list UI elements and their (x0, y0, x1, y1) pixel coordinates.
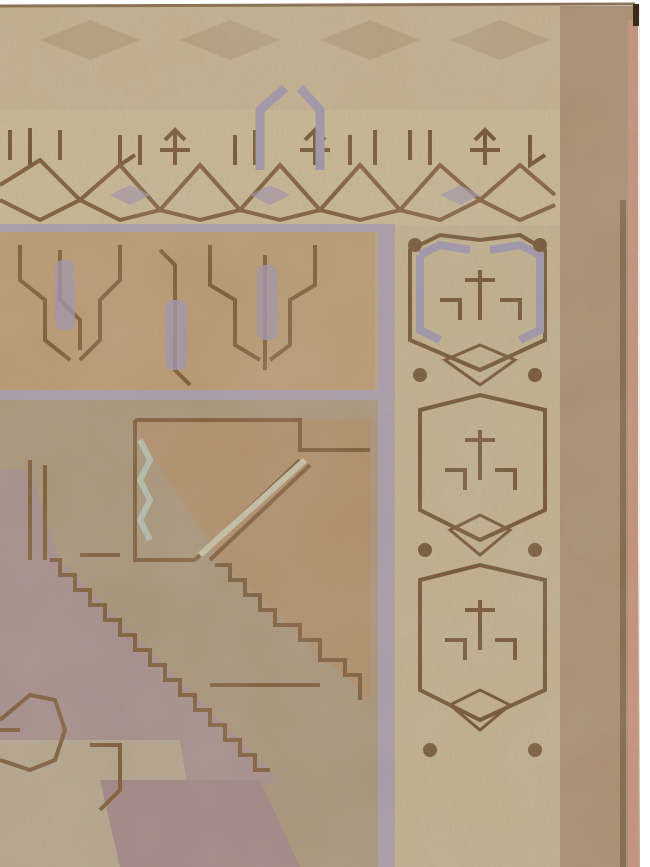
rug-photo (0, 0, 650, 867)
top-fringe-edge (0, 4, 635, 6)
